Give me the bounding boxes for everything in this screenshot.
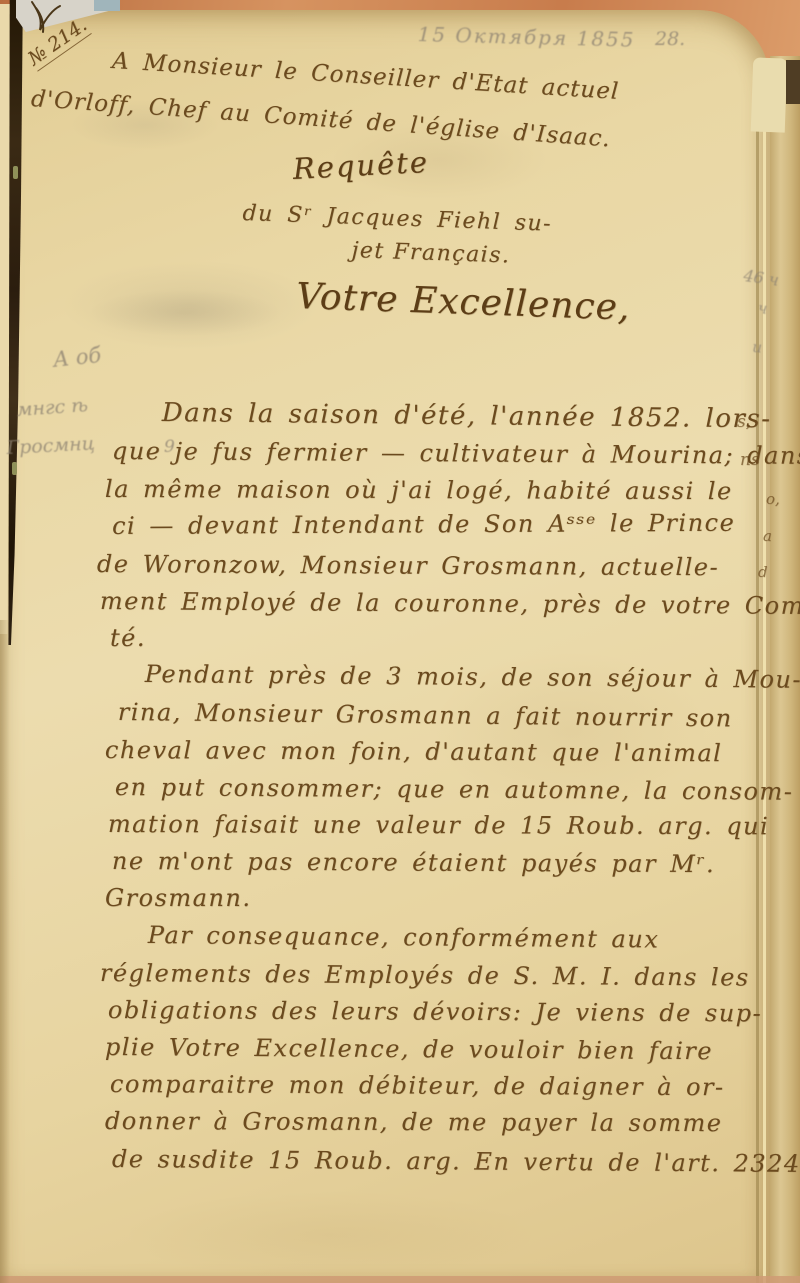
body-line: que je fus fermier — cultivateur à Mouri…: [112, 437, 800, 470]
body-line: obligations des leurs dévoirs: Je viens …: [108, 996, 762, 1027]
body-line: en put consommer; que en automne, la con…: [115, 773, 794, 806]
margin-note-left: 9: [164, 437, 175, 457]
paper-stain: [60, 260, 320, 350]
body-line: donner à Grosmann, de me payer la somme: [105, 1107, 723, 1137]
body-line: Par consequance, conformément aux: [148, 921, 660, 953]
body-line: ne m'ont pas encore étaient payés par Mʳ…: [112, 847, 715, 878]
margin-note-left: Гросмнц: [6, 432, 95, 459]
edge-ink-fragment: a: [763, 527, 772, 545]
binding-stitch: [13, 166, 18, 179]
body-line: Dans la saison d'été, l'année 1852. lors…: [162, 398, 772, 434]
underlying-page-corner: [751, 57, 788, 132]
body-line: Pendant près de 3 mois, de son séjour à …: [145, 660, 800, 694]
body-line: ci — devant Intendant de Son Aˢˢᵉ le Pri…: [112, 509, 735, 540]
edge-ink-fragment: s,: [737, 412, 751, 432]
binding-gap: [786, 60, 800, 104]
body-line: de susdite 15 Roub. arg. En vertu de l'a…: [112, 1145, 800, 1178]
bottom-page-edge: [0, 1276, 800, 1283]
body-line: réglements des Employés de S. M. I. dans…: [100, 959, 750, 992]
body-line: té.: [110, 624, 146, 652]
blue-paper-sliver: [94, 0, 120, 11]
body-line: cheval avec mon foin, d'autant que l'ani…: [105, 736, 723, 767]
body-line: Grosmann.: [105, 884, 252, 912]
margin-note-right: и: [752, 338, 763, 357]
binding-stitch: [12, 462, 17, 475]
body-line: de Woronzow, Monsieur Grosmann, actuelle…: [97, 550, 719, 581]
paper-stain: [120, 1190, 540, 1280]
petition-title: Requête: [292, 145, 430, 186]
body-line: mation faisait une valeur de 15 Roub. ar…: [108, 810, 769, 840]
sheet-number: 28.: [655, 28, 685, 50]
edge-ink-fragment: ns: [740, 450, 760, 470]
edge-ink-fragment: d: [758, 563, 768, 581]
body-line: plie Votre Excellence, de vouloir bien f…: [105, 1033, 713, 1065]
left-edge-shadow: [0, 620, 10, 1283]
body-line: ment Employé de la couronne, près de vot…: [100, 587, 800, 620]
body-line: la même maison où j'ai logé, habité auss…: [105, 475, 733, 505]
body-line: comparaitre mon débiteur, de daigner à o…: [110, 1070, 725, 1101]
margin-note-left: А об: [52, 343, 102, 372]
edge-ink-fragment: o,: [766, 490, 780, 508]
margin-note-right: ч: [757, 299, 768, 318]
photo-of-manuscript: № 214. 15 Октября 1855 28. A Monsieur le…: [0, 0, 800, 1283]
